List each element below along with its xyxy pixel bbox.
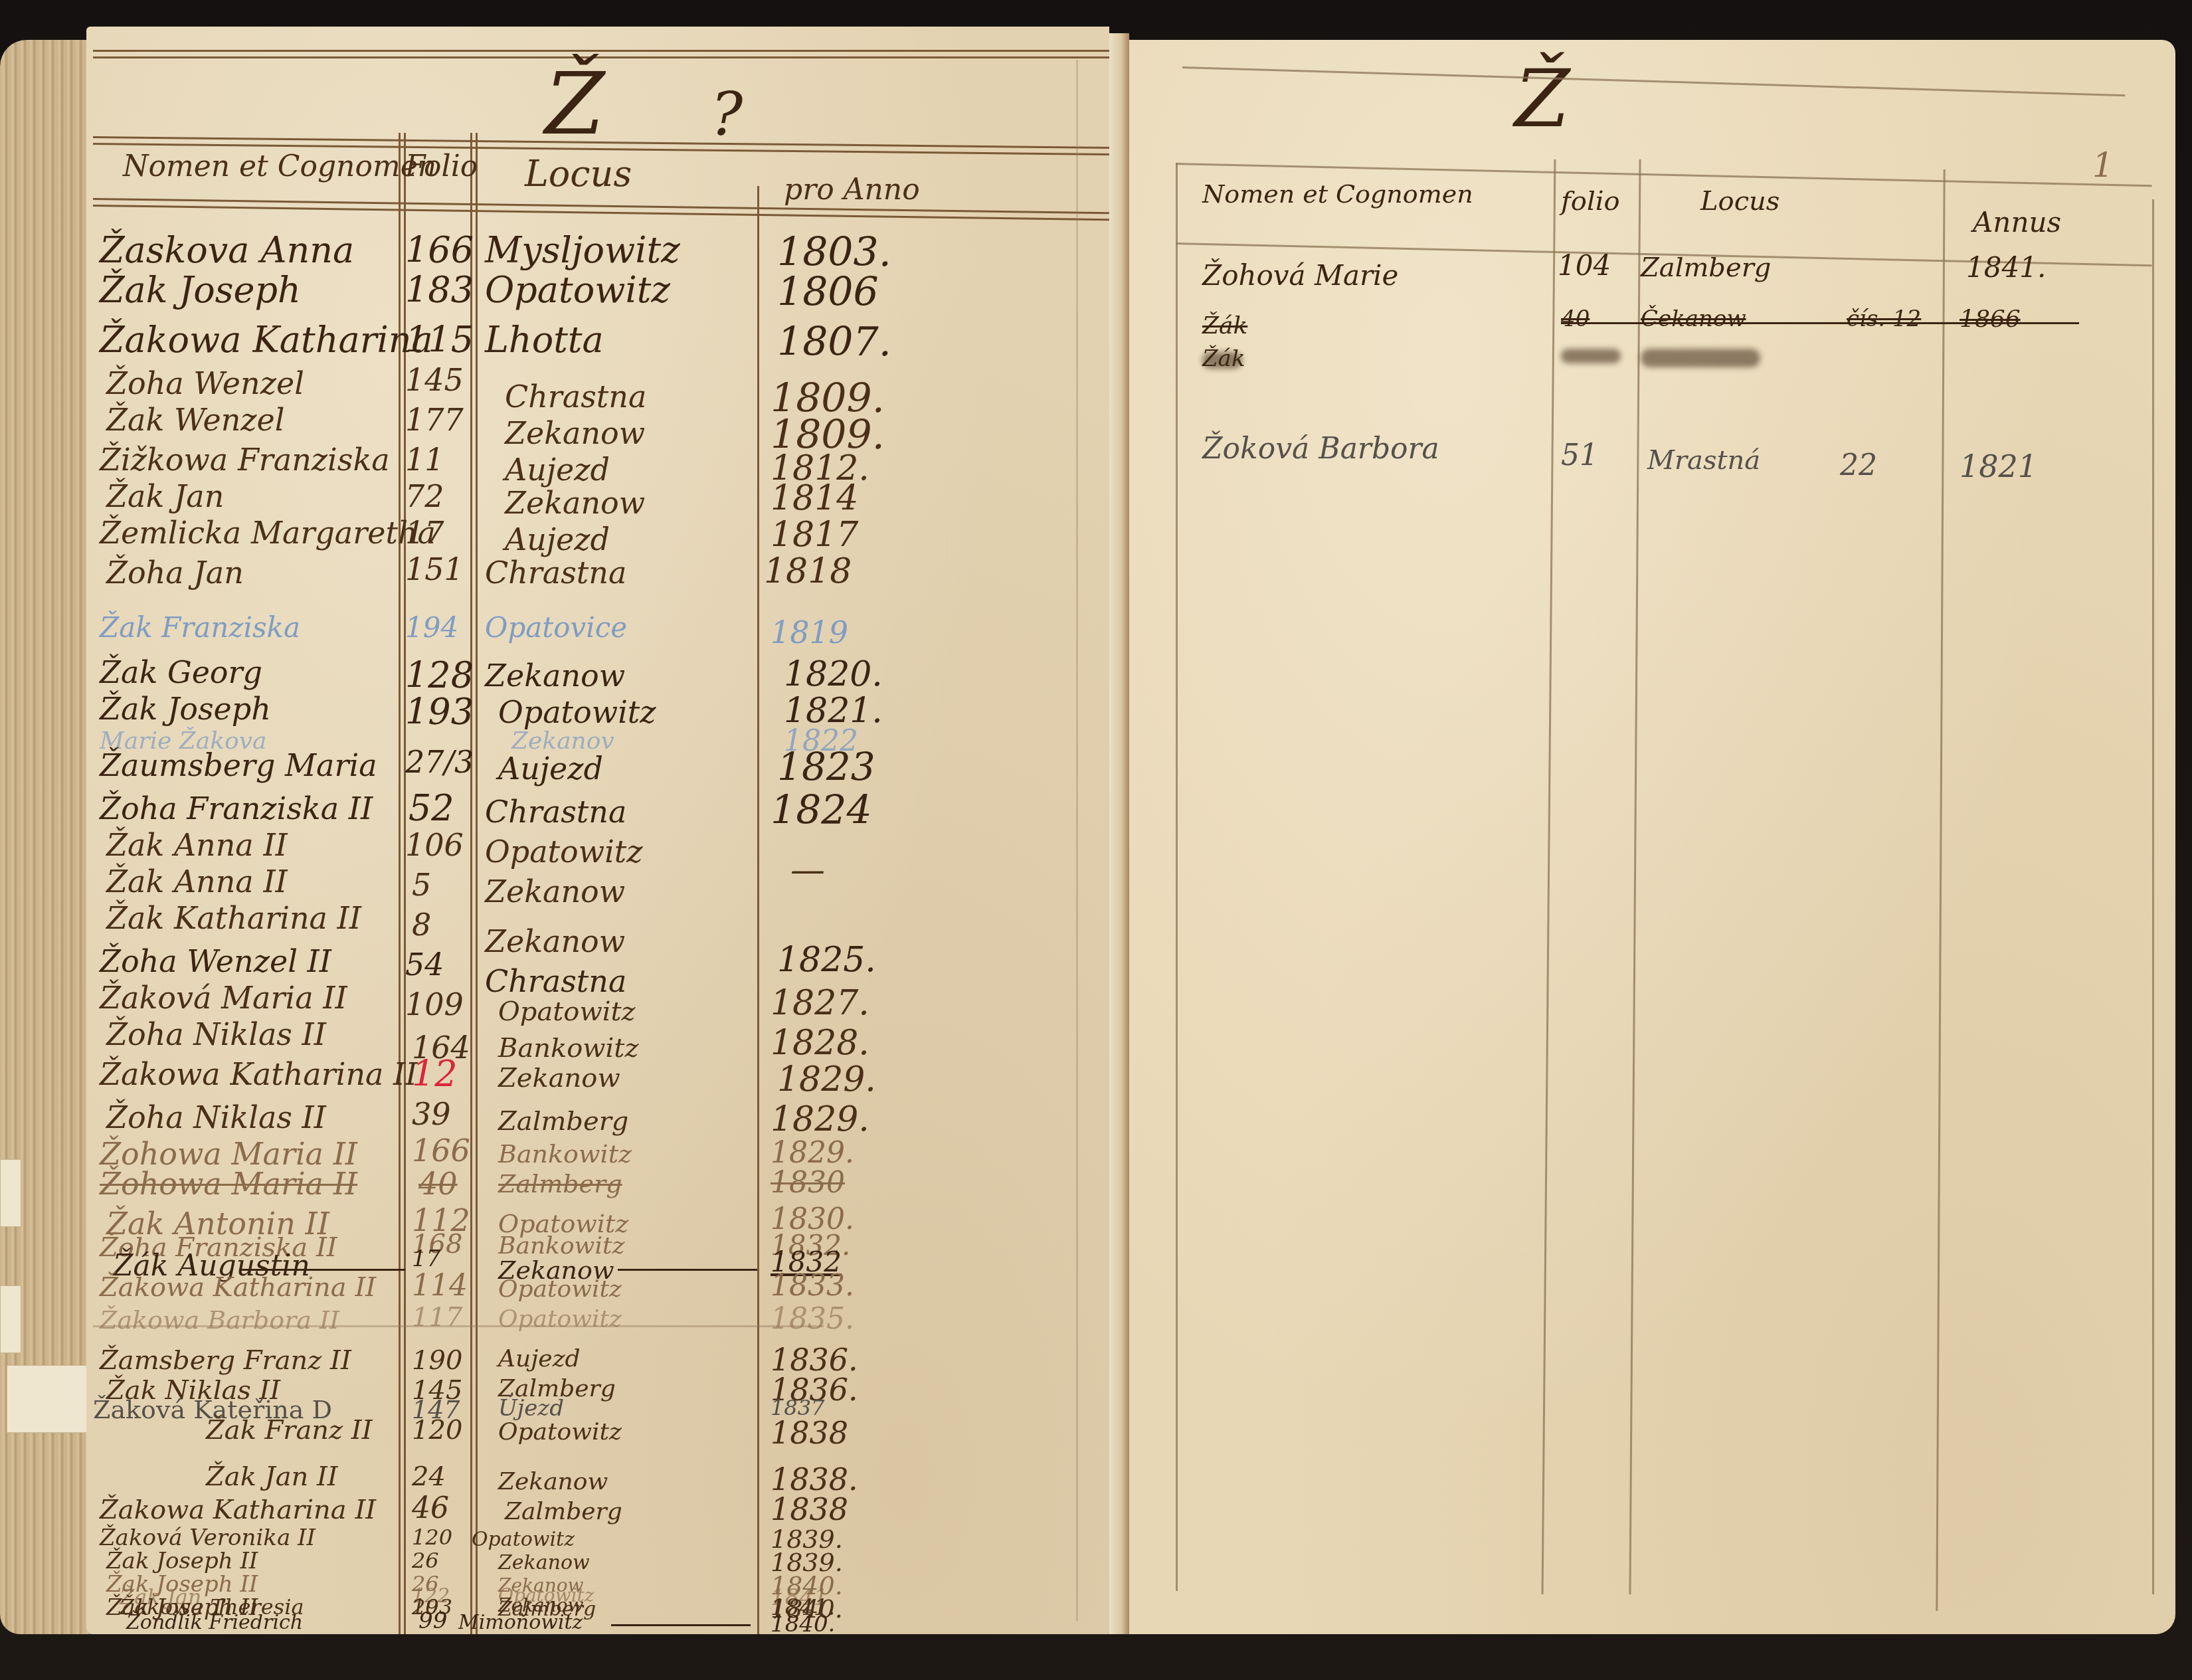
entry-folio: 145 bbox=[405, 362, 464, 398]
entry-locus: Aujezd bbox=[498, 751, 603, 787]
entry-name: Žakowa Katharina II bbox=[100, 1495, 376, 1525]
entry-folio: 114 bbox=[412, 1269, 468, 1303]
entry-locus: Chrastna bbox=[505, 379, 646, 415]
header-rule bbox=[93, 50, 1109, 52]
entry-folio: 54 bbox=[405, 947, 444, 982]
entry-name: Žoha Wenzel II bbox=[100, 943, 331, 979]
entry-year: 1823 bbox=[777, 744, 875, 789]
entry-name: Žohowa Maria II bbox=[100, 1166, 357, 1202]
column-header-name: Nomen et Cognomen bbox=[123, 149, 436, 183]
entry-folio: 5 bbox=[412, 867, 431, 903]
entry-locus: Bankowitz bbox=[498, 1033, 639, 1064]
entry-year: 1829. bbox=[777, 1060, 876, 1099]
entry-folio: 46 bbox=[412, 1491, 449, 1525]
page-mark: 1 bbox=[2092, 146, 2114, 185]
entry-name: Žak Franziska bbox=[100, 611, 300, 644]
entry-locus: Aujezd bbox=[505, 452, 610, 488]
entry-year: 1817 bbox=[771, 515, 858, 555]
entry-year: 1838 bbox=[771, 1491, 848, 1527]
entry-name: Žoková Barbora bbox=[1202, 432, 1439, 466]
entry-locus: Bankowitz bbox=[498, 1139, 632, 1168]
column-header-locus: Locus bbox=[525, 153, 632, 195]
entry-locus: Opatowitz bbox=[498, 1305, 622, 1333]
entry-folio: 120 bbox=[412, 1525, 452, 1550]
entry-name: Žoha Wenzel bbox=[106, 365, 304, 401]
column-rule-right-border bbox=[2152, 199, 2154, 1594]
entry-folio: 190 bbox=[412, 1345, 462, 1376]
connector-line bbox=[618, 1269, 757, 1271]
entry-name: Žák bbox=[1202, 312, 1247, 339]
entry-name: Žak Jan bbox=[106, 478, 224, 514]
entry-name: Žak Anna II bbox=[106, 864, 288, 899]
left-page: Ž ? Nomen et Cognomen Folio Locus pro An… bbox=[86, 27, 1109, 1634]
entry-locus: Opatowitz bbox=[498, 996, 636, 1027]
entry-folio: 26 bbox=[412, 1548, 439, 1573]
column-rule-year-left bbox=[757, 186, 759, 1634]
right-page: 1 Ž Nomen et Cognomen folio Locus Annus … bbox=[1129, 40, 2175, 1634]
entry-year: 1841. bbox=[1966, 251, 2046, 284]
entry-year: 1820. bbox=[784, 654, 883, 694]
entry-folio: 17 bbox=[405, 515, 444, 551]
entry-year: 1829. bbox=[771, 1099, 869, 1139]
entry-year: 1821 bbox=[1960, 448, 2037, 484]
entry-folio: 12 bbox=[412, 1053, 458, 1095]
entry-year: 1824 bbox=[771, 787, 872, 834]
column-header-year: Annus bbox=[1973, 206, 2061, 238]
entry-locus: Lhotta bbox=[485, 319, 604, 361]
ink-smudge bbox=[1641, 349, 1760, 367]
entry-name: Žaková Veronika II bbox=[100, 1525, 316, 1551]
entry-name: Žak Franz II bbox=[206, 1415, 372, 1446]
entry-year: — bbox=[790, 850, 825, 890]
letter-heading-secondary: ? bbox=[711, 80, 743, 149]
entry-year: 1840. bbox=[771, 1611, 835, 1637]
entry-folio: 51 bbox=[1561, 438, 1598, 472]
entry-folio: 106 bbox=[405, 827, 464, 863]
entry-year: 1806 bbox=[777, 269, 879, 316]
strike-line bbox=[1561, 322, 2079, 324]
entry-folio: 151 bbox=[405, 551, 464, 587]
column-rule-year bbox=[1936, 169, 1945, 1611]
entry-name: Žaková Maria II bbox=[100, 980, 347, 1016]
entry-locus: Zekanow bbox=[485, 923, 625, 959]
entry-name: Žak Joseph bbox=[100, 691, 271, 727]
entry-folio: 8 bbox=[412, 907, 431, 943]
column-header-locus: Locus bbox=[1700, 186, 1780, 217]
entry-locus: Opatowitz bbox=[485, 269, 670, 311]
entry-locus: Opatowitz bbox=[472, 1528, 575, 1551]
open-register-book: Ž ? Nomen et Cognomen Folio Locus pro An… bbox=[0, 0, 2192, 1680]
ink-smudge bbox=[1561, 349, 1621, 363]
entry-folio: 166 bbox=[405, 229, 474, 271]
entry-locus: Zalmberg bbox=[498, 1169, 622, 1198]
entry-locus: Újezd bbox=[498, 1395, 564, 1422]
entry-locus: Chrastna bbox=[485, 555, 626, 591]
entry-folio: 39 bbox=[412, 1096, 451, 1132]
page-tab bbox=[0, 1285, 21, 1353]
entry-folio: 17 bbox=[412, 1246, 440, 1272]
entry-name: Žak Jan II bbox=[206, 1461, 338, 1492]
entry-name: Žaumsberg Maria bbox=[100, 747, 377, 783]
entry-folio: 117 bbox=[412, 1302, 462, 1333]
entry-locus: Opatowitz bbox=[498, 694, 656, 730]
entry-locus: Chrastna bbox=[485, 963, 626, 999]
entry-year: 1866 bbox=[1960, 306, 2021, 333]
entry-locus: Zekanow bbox=[498, 1468, 608, 1495]
entry-locus: Opatowitz bbox=[485, 834, 643, 870]
entry-folio: 194 bbox=[405, 611, 458, 644]
entry-name: Žakowa Katharina bbox=[100, 319, 433, 361]
entry-name: Žak Katharina II bbox=[106, 900, 361, 936]
entry-folio: 104 bbox=[1558, 249, 1611, 282]
entry-name: Žak Anna II bbox=[106, 827, 288, 863]
entry-year: 1818 bbox=[764, 551, 852, 591]
entry-locus: Zekanow bbox=[498, 1551, 590, 1574]
entry-folio: 27/3 bbox=[405, 744, 474, 780]
entry-folio: 99 bbox=[418, 1608, 447, 1634]
entry-name: Žak Georg bbox=[100, 654, 262, 690]
entry-name: Žak Joseph II bbox=[106, 1548, 258, 1574]
entry-folio: 177 bbox=[405, 402, 464, 438]
entry-year: 1827. bbox=[771, 983, 869, 1023]
entry-year: 1830 bbox=[771, 1166, 845, 1200]
letter-heading: Ž bbox=[1514, 53, 1570, 145]
column-rule-folio bbox=[1542, 159, 1556, 1594]
entry-locus: Opatowitz bbox=[498, 1418, 622, 1446]
entry-name: Žižkowa Franziska bbox=[100, 442, 390, 478]
entry-folio: 115 bbox=[405, 319, 474, 361]
entry-folio: 120 bbox=[412, 1415, 462, 1446]
entry-folio: 24 bbox=[412, 1461, 446, 1492]
entry-name: Žakowa Katharina II bbox=[100, 1272, 376, 1303]
column-rule-left-border bbox=[1176, 163, 1178, 1591]
entry-name: Žak Joseph bbox=[100, 269, 301, 311]
entry-year: 1807. bbox=[777, 319, 891, 365]
entry-name: Žoha Jan bbox=[106, 555, 244, 591]
connector-line bbox=[239, 1269, 405, 1271]
entry-locus: Zekanow bbox=[498, 1063, 620, 1093]
ink-smudge bbox=[1202, 352, 1242, 369]
entry-name: Žondlik Friedrich bbox=[126, 1611, 303, 1634]
entry-locus: Aujezd bbox=[498, 1345, 581, 1372]
entry-name: Žamsberg Franz II bbox=[100, 1345, 351, 1376]
letter-heading: Ž bbox=[545, 53, 604, 154]
entry-name: Žak Wenzel bbox=[106, 402, 284, 438]
entry-locus: Opatowitz bbox=[498, 1275, 622, 1303]
column-header-year: pro Anno bbox=[784, 173, 920, 207]
entry-locus: Mrastná bbox=[1647, 445, 1760, 476]
entry-locus: Opatovice bbox=[485, 611, 627, 644]
entry-locus: Mimoňowitz bbox=[458, 1611, 583, 1634]
entry-year: 1819 bbox=[771, 614, 848, 650]
entry-year: 1814 bbox=[771, 478, 858, 518]
entry-house-number: čís. 12 bbox=[1847, 306, 1921, 332]
column-rule-locus bbox=[1629, 159, 1641, 1594]
entry-locus: Zekanow bbox=[485, 658, 625, 694]
entry-locus: Zekanow bbox=[485, 874, 625, 909]
book-gutter bbox=[1109, 33, 1129, 1634]
entry-name: Žaskova Anna bbox=[100, 229, 354, 271]
column-header-folio: Folio bbox=[405, 149, 478, 183]
entry-locus: Zekanow bbox=[505, 415, 645, 451]
entry-name: Žakowa Katharina II bbox=[100, 1056, 417, 1092]
entry-locus: Zekanow bbox=[505, 485, 645, 521]
entry-name: Žoha Niklas II bbox=[106, 1099, 326, 1135]
entry-locus: Aujezd bbox=[505, 521, 610, 557]
entry-folio: 193 bbox=[405, 691, 474, 733]
entry-folio: 109 bbox=[405, 986, 464, 1022]
entry-year: 1835. bbox=[771, 1302, 854, 1336]
top-rule bbox=[1182, 66, 2125, 96]
entry-year: 1833. bbox=[771, 1269, 854, 1303]
entry-folio: 128 bbox=[405, 654, 474, 696]
entry-folio: 40 bbox=[418, 1166, 458, 1202]
entry-folio: 72 bbox=[405, 478, 444, 514]
entry-locus: Zalmberg bbox=[1641, 252, 1771, 283]
column-rule-locus-left bbox=[476, 133, 478, 1634]
entry-name: Žohová Marie bbox=[1202, 259, 1398, 292]
entry-locus: Zalmberg bbox=[505, 1498, 622, 1525]
entry-year: 1828. bbox=[771, 1023, 869, 1063]
page-tab bbox=[0, 1159, 21, 1227]
section-divider bbox=[93, 1325, 824, 1327]
entry-year: 1838 bbox=[771, 1415, 848, 1451]
column-header-name: Nomen et Cognomen bbox=[1202, 179, 1473, 209]
entry-name: Žemlicka Margaretha bbox=[100, 515, 436, 551]
entry-year: 1829. bbox=[771, 1136, 854, 1170]
entry-name: Žoha Franziska II bbox=[100, 791, 373, 826]
entry-folio: 11 bbox=[405, 442, 444, 478]
entry-house-number: 22 bbox=[1840, 448, 1877, 482]
entry-name: Žakowa Barbora II bbox=[100, 1305, 339, 1335]
connector-line bbox=[611, 1624, 751, 1626]
entry-locus: Čekanow bbox=[1641, 306, 1746, 332]
entry-name: Žoha Niklas II bbox=[106, 1016, 326, 1052]
entry-year: 1825. bbox=[777, 940, 876, 980]
entry-locus: Chrastna bbox=[485, 794, 626, 830]
entry-folio: 52 bbox=[409, 787, 454, 829]
entry-folio: 40 bbox=[1561, 306, 1590, 332]
entry-locus: Zalmberg bbox=[498, 1106, 628, 1137]
column-header-folio: folio bbox=[1561, 186, 1620, 217]
margin-rule bbox=[1076, 60, 1078, 1621]
entry-folio: 166 bbox=[412, 1133, 470, 1168]
entry-folio: 183 bbox=[405, 269, 474, 311]
entry-locus: Mysljowitz bbox=[485, 229, 680, 271]
